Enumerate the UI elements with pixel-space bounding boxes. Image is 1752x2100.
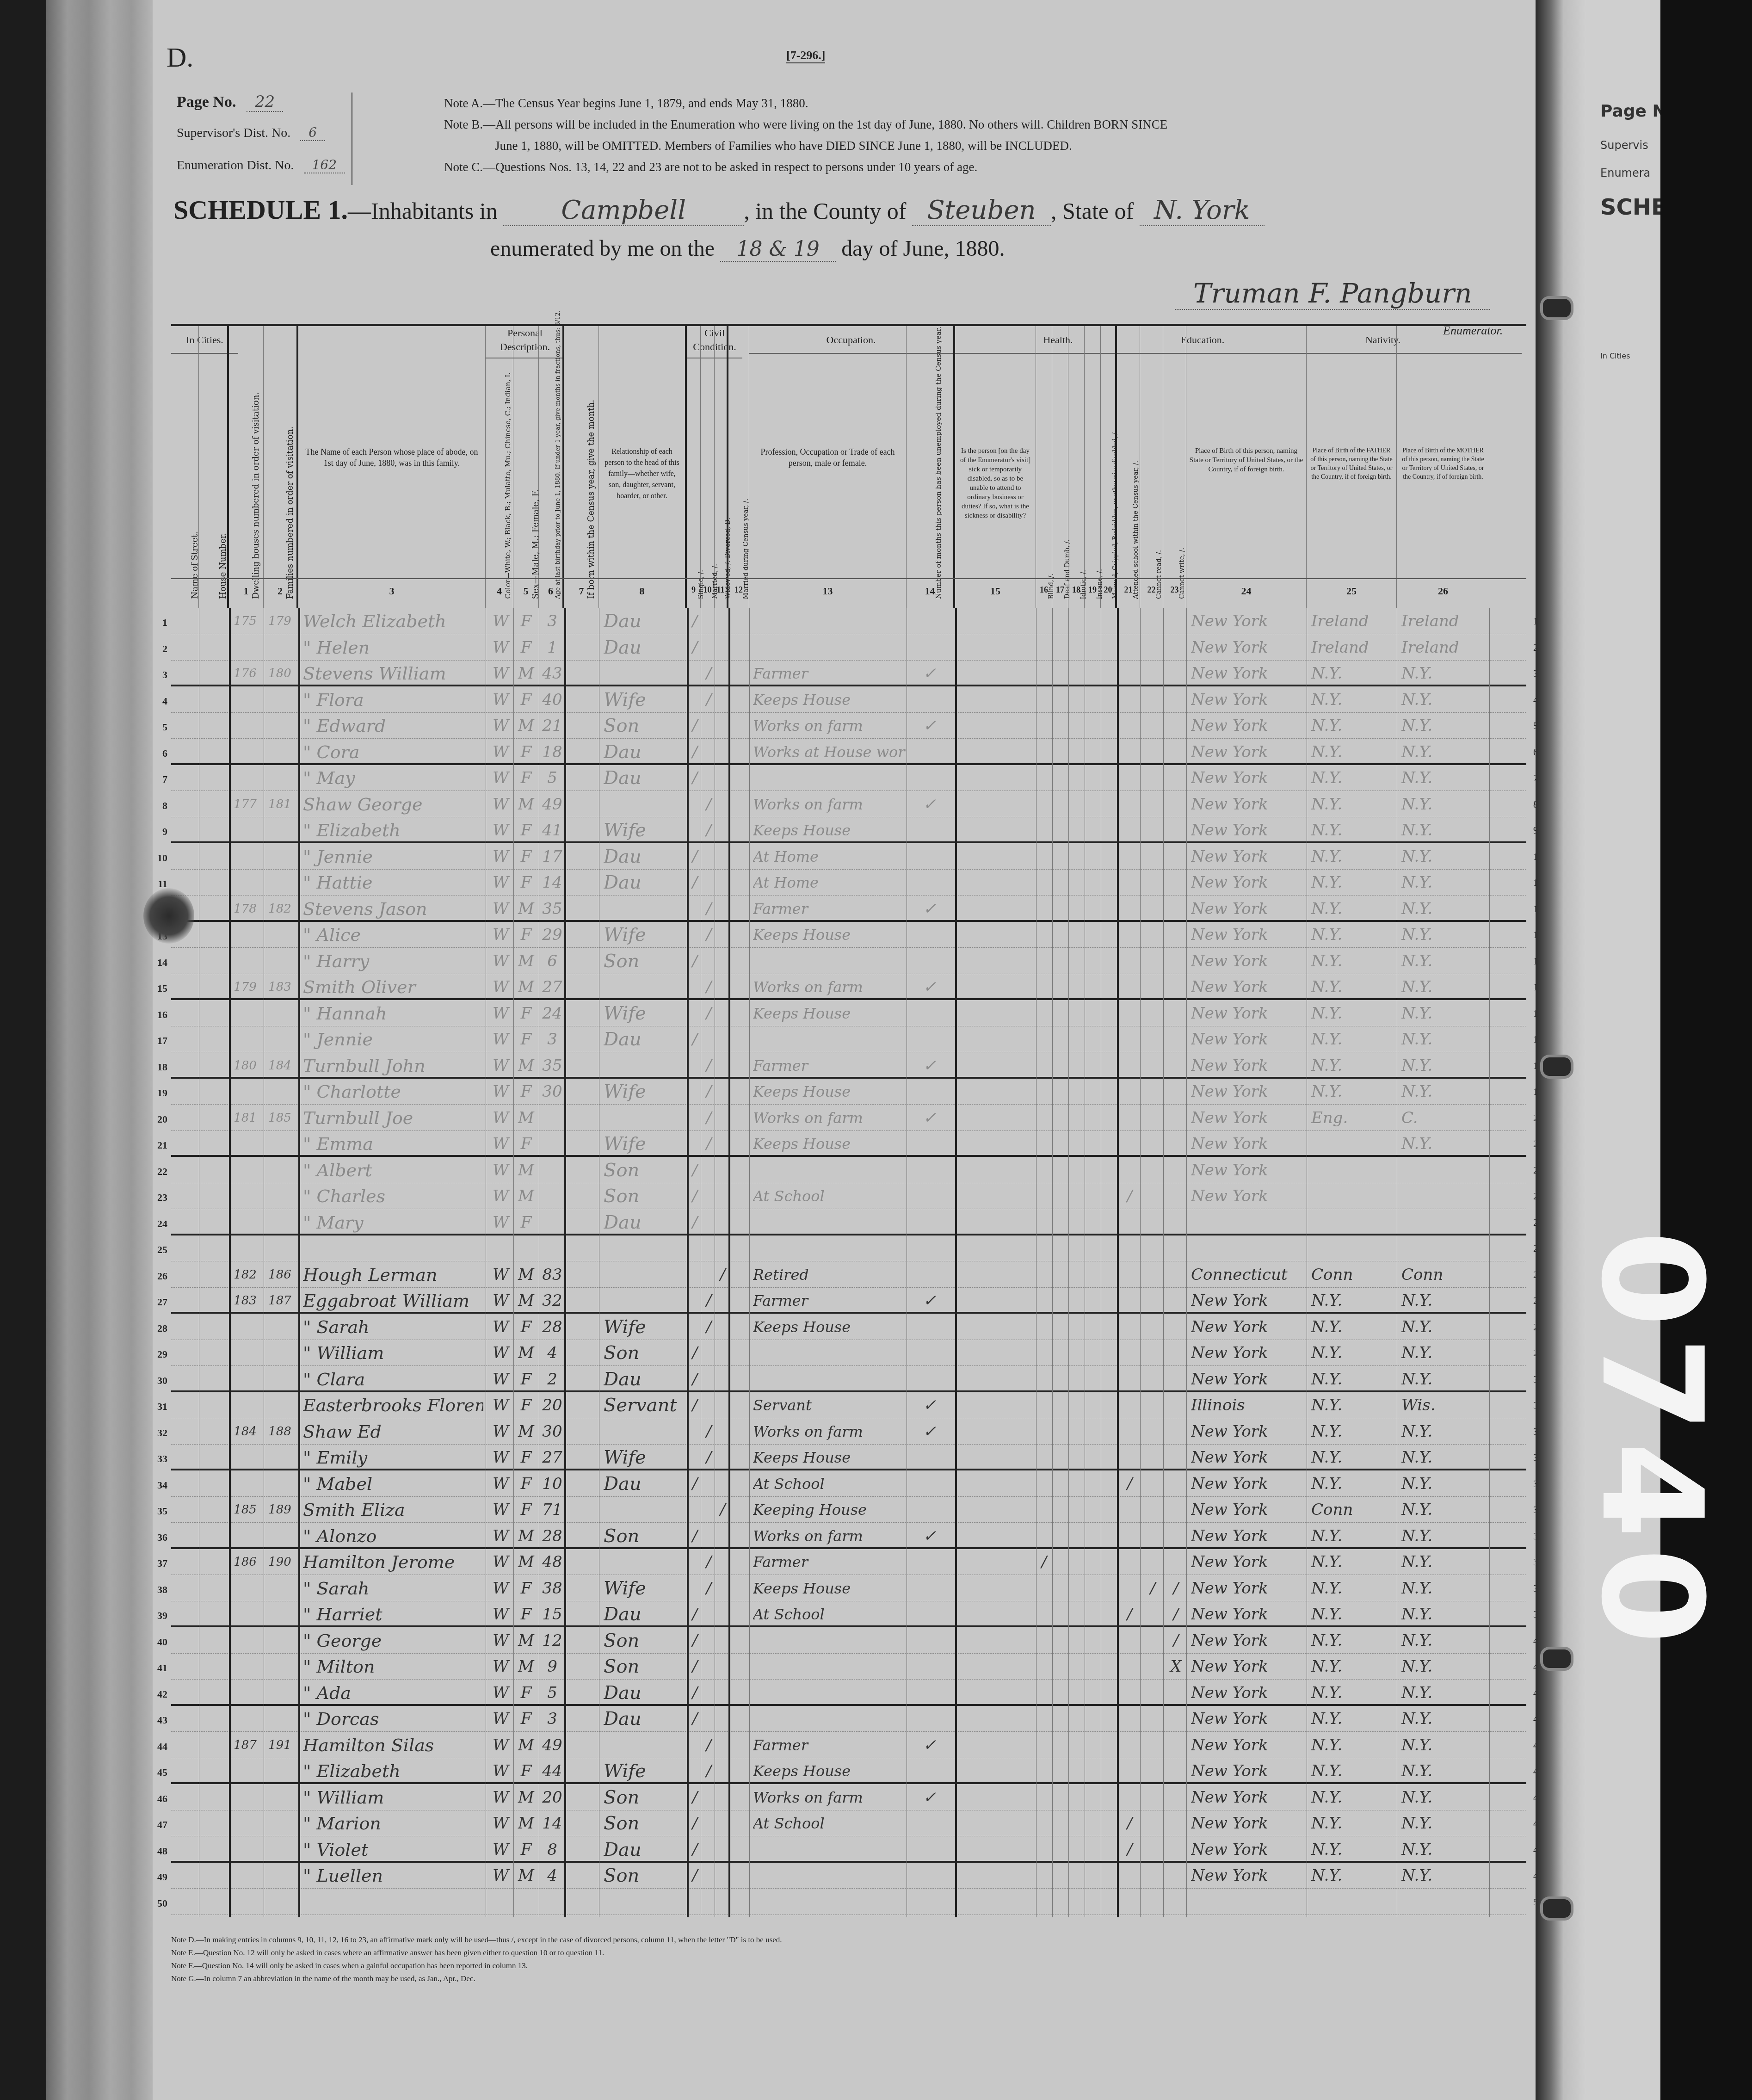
occupation <box>753 1837 906 1863</box>
widowed-mark <box>717 1810 728 1836</box>
col-sex: Sex—Male, M.; Female, F.5 <box>513 326 539 608</box>
write-mark <box>1168 1497 1184 1523</box>
page-number-label: Page No. <box>177 93 236 111</box>
father-birthplace: N.Y. <box>1311 1575 1394 1601</box>
occupation: At Home <box>753 870 906 896</box>
col-occupation-num: 13 <box>749 585 906 597</box>
unemployed-mark <box>916 1706 944 1732</box>
family-number <box>266 1001 294 1026</box>
widowed-mark <box>717 1053 728 1079</box>
person-name: " George <box>303 1628 483 1654</box>
read-mark <box>1145 1183 1161 1209</box>
birthplace: New York <box>1191 661 1304 686</box>
sick-mark <box>1038 1053 1050 1079</box>
father-birthplace: N.Y. <box>1311 1026 1394 1052</box>
col-cannot-read: Cannot read, /.22 <box>1140 326 1163 608</box>
widowed-mark <box>717 896 728 922</box>
rule <box>486 608 486 1917</box>
family-number <box>266 1131 294 1157</box>
family-number <box>266 1471 294 1497</box>
widowed-mark <box>717 1445 728 1470</box>
birthplace: New York <box>1191 1680 1304 1706</box>
table-row: 3232184188Shaw EdWM30/Works on farm✓New … <box>171 1419 1526 1445</box>
relationship: Son <box>604 1340 682 1366</box>
single-mark <box>689 1235 701 1261</box>
col-single: Single, /.9 <box>687 326 701 608</box>
mother-birthplace: N.Y. <box>1401 1837 1487 1863</box>
single-mark: / <box>689 765 701 791</box>
mother-birthplace: N.Y. <box>1401 1628 1487 1654</box>
read-mark <box>1145 1732 1161 1758</box>
father-birthplace: N.Y. <box>1311 1706 1394 1732</box>
school-mark <box>1122 817 1138 843</box>
widowed-mark <box>717 1758 728 1784</box>
birthplace: New York <box>1191 1105 1304 1131</box>
row-number: 27 <box>149 1296 167 1308</box>
sex: M <box>516 1053 537 1079</box>
sick-mark <box>1038 1314 1050 1340</box>
age: 5 <box>541 1680 563 1706</box>
relationship <box>604 1288 682 1314</box>
family-number: 186 <box>266 1262 294 1288</box>
col-cannot-write-num: 23 <box>1163 585 1186 595</box>
col-color-label: Color—White, W.; Black, B.; Mulatto, Mu.… <box>504 372 512 599</box>
unemployed-mark: ✓ <box>916 791 944 817</box>
rule <box>599 608 599 1917</box>
single-mark <box>689 1419 701 1445</box>
note-b-line1: Note B.—All persons will be included in … <box>444 114 1508 135</box>
relationship <box>604 1732 682 1758</box>
rule <box>728 608 730 1917</box>
sick-mark <box>1038 1262 1050 1288</box>
read-mark <box>1145 1628 1161 1654</box>
color: W <box>490 1001 511 1026</box>
dwelling-number <box>231 713 259 739</box>
table-row: 1111" HattieWF14Dau/At HomeNew YorkN.Y.N… <box>171 870 1526 896</box>
write-mark <box>1168 1366 1184 1392</box>
row-number: 20 <box>149 1113 167 1125</box>
person-name: " Charles <box>303 1183 483 1209</box>
color: W <box>490 1654 511 1680</box>
sick-mark <box>1038 1497 1050 1523</box>
read-mark <box>1145 1785 1161 1810</box>
sick-mark <box>1038 1471 1050 1497</box>
single-mark <box>689 1549 701 1575</box>
single-mark <box>689 1288 701 1314</box>
sex: F <box>516 1314 537 1340</box>
dwelling-number <box>231 1157 259 1183</box>
col-age: Age at last birthday prior to June 1, 18… <box>539 326 564 608</box>
school-mark <box>1122 739 1138 765</box>
mother-birthplace: N.Y. <box>1401 922 1487 948</box>
table-row: 1414" HarryWM6Son/New YorkN.Y.N.Y. <box>171 948 1526 974</box>
married-mark: / <box>703 1131 715 1157</box>
table-row: 2525 <box>171 1235 1526 1261</box>
married-mark: / <box>703 1053 715 1079</box>
married-mark <box>703 1810 715 1836</box>
unemployed-mark: ✓ <box>916 974 944 1000</box>
age: 35 <box>541 896 563 922</box>
father-birthplace: N.Y. <box>1311 896 1394 922</box>
col-idiotic-num: 18 <box>1068 585 1084 595</box>
mother-birthplace <box>1401 1157 1487 1183</box>
single-mark <box>689 1001 701 1026</box>
mother-birthplace: N.Y. <box>1401 1053 1487 1079</box>
father-birthplace: N.Y. <box>1311 922 1394 948</box>
rule <box>1186 608 1187 1917</box>
occupation: Keeps House <box>753 1575 906 1601</box>
unemployed-mark <box>916 922 944 948</box>
color: W <box>490 1419 511 1445</box>
relationship <box>604 1053 682 1079</box>
unemployed-mark: ✓ <box>916 1419 944 1445</box>
row-number: 3 <box>149 669 167 681</box>
read-mark <box>1145 1001 1161 1026</box>
father-birthplace: N.Y. <box>1311 739 1394 765</box>
table-row: 4040" GeorgeWM12Son//New YorkN.Y.N.Y. <box>171 1628 1526 1654</box>
schedule-text-1: —Inhabitants in <box>348 198 498 224</box>
dwelling-number: 180 <box>231 1053 259 1079</box>
family-number <box>266 1654 294 1680</box>
schedule-title-line: SCHEDULE 1.—Inhabitants in Campbell, in … <box>173 194 1265 226</box>
person-name: " Harry <box>303 948 483 974</box>
birthplace: New York <box>1191 1471 1304 1497</box>
single-mark: / <box>689 1366 701 1392</box>
family-number <box>266 1680 294 1706</box>
color: W <box>490 844 511 870</box>
mother-birthplace: N.Y. <box>1401 1026 1487 1052</box>
color: W <box>490 1445 511 1470</box>
age: 10 <box>541 1471 563 1497</box>
col-name-label: The Name of each Person whose place of a… <box>301 446 482 469</box>
write-mark <box>1168 791 1184 817</box>
person-name: " Emily <box>303 1445 483 1470</box>
color <box>490 1889 511 1915</box>
person-name: " Ada <box>303 1680 483 1706</box>
married-mark <box>703 1340 715 1366</box>
table-row: 99" ElizabethWF41Wife/Keeps HouseNew Yor… <box>171 817 1526 843</box>
dwelling-number: 184 <box>231 1419 259 1445</box>
single-mark: / <box>689 608 701 634</box>
person-name: Hough Lerman <box>303 1262 483 1288</box>
mother-birthplace: N.Y. <box>1401 1863 1487 1889</box>
occupation <box>753 1863 906 1889</box>
read-mark <box>1145 1654 1161 1680</box>
occupation <box>753 1366 906 1392</box>
unemployed-mark <box>916 1366 944 1392</box>
unemployed-mark <box>916 1210 944 1235</box>
read-mark <box>1145 1810 1161 1836</box>
color: W <box>490 974 511 1000</box>
row-number: 9 <box>149 826 167 838</box>
dwelling-number <box>231 1001 259 1026</box>
father-birthplace: N.Y. <box>1311 844 1394 870</box>
read-mark <box>1145 1549 1161 1575</box>
read-mark <box>1145 1262 1161 1288</box>
occupation <box>753 1026 906 1052</box>
father-birthplace: N.Y. <box>1311 1785 1394 1810</box>
family-number <box>266 1785 294 1810</box>
relationship: Dau <box>604 1471 682 1497</box>
color: W <box>490 608 511 634</box>
col-idiotic: Idiotic, /.18 <box>1068 326 1085 608</box>
mother-birthplace: N.Y. <box>1401 791 1487 817</box>
sick-mark <box>1038 1001 1050 1026</box>
sick-mark <box>1038 1889 1050 1915</box>
col-mother-birthplace-num: 26 <box>1397 585 1489 597</box>
row-number: 45 <box>149 1766 167 1779</box>
unemployed-mark <box>916 1471 944 1497</box>
occupation: Keeps House <box>753 1079 906 1105</box>
table-row: 4242" AdaWF5Dau/New YorkN.Y.N.Y. <box>171 1680 1526 1706</box>
col-street-label: Name of Street. <box>190 531 199 599</box>
family-number <box>266 635 294 661</box>
read-mark <box>1145 1105 1161 1131</box>
occupation: Works on farm <box>753 713 906 739</box>
married-mark: / <box>703 1445 715 1470</box>
col-insane-num: 19 <box>1085 585 1100 595</box>
married-mark <box>703 948 715 974</box>
family-number: 188 <box>266 1419 294 1445</box>
father-birthplace: N.Y. <box>1311 1419 1394 1445</box>
row-number: 8 <box>149 800 167 812</box>
occupation: Farmer <box>753 1288 906 1314</box>
married-mark <box>703 1497 715 1523</box>
family-number <box>266 1026 294 1052</box>
unemployed-mark <box>916 1654 944 1680</box>
father-birthplace <box>1311 1889 1394 1915</box>
relationship <box>604 1497 682 1523</box>
mother-birthplace: Wis. <box>1401 1392 1487 1418</box>
unemployed-mark <box>916 1001 944 1026</box>
write-mark <box>1168 1680 1184 1706</box>
school-mark <box>1122 1628 1138 1654</box>
mother-birthplace: Conn <box>1401 1262 1487 1288</box>
person-name: " Cora <box>303 739 483 765</box>
school-mark <box>1122 1419 1138 1445</box>
person-name: " Milton <box>303 1654 483 1680</box>
school-mark <box>1122 1758 1138 1784</box>
relationship: Son <box>604 948 682 974</box>
father-birthplace: N.Y. <box>1311 791 1394 817</box>
write-mark <box>1168 1262 1184 1288</box>
table-row: 3939" HarrietWF15Dau/At School//New York… <box>171 1601 1526 1627</box>
sick-mark <box>1038 1419 1050 1445</box>
mother-birthplace: Ireland <box>1401 635 1487 661</box>
dwelling-number <box>231 635 259 661</box>
row-number: 10 <box>149 852 167 864</box>
rule <box>907 608 907 1917</box>
single-mark <box>689 687 701 713</box>
father-birthplace: N.Y. <box>1311 1837 1394 1863</box>
write-mark <box>1168 1079 1184 1105</box>
sick-mark <box>1038 1288 1050 1314</box>
age: 3 <box>541 1706 563 1732</box>
birthplace: New York <box>1191 635 1304 661</box>
row-number: 41 <box>149 1662 167 1674</box>
school-mark <box>1122 1785 1138 1810</box>
sex: M <box>516 1105 537 1131</box>
sex: M <box>516 791 537 817</box>
table-row: 3131Easterbrooks FlorenceWF20Servant/Ser… <box>171 1392 1526 1418</box>
married-mark <box>703 713 715 739</box>
occupation <box>753 608 906 634</box>
dwelling-number <box>231 844 259 870</box>
table-row: 3838" SarahWF38Wife/Keeps House//New Yor… <box>171 1575 1526 1601</box>
single-mark: / <box>689 1628 701 1654</box>
widowed-mark <box>717 1001 728 1026</box>
mother-birthplace: N.Y. <box>1401 765 1487 791</box>
single-mark: / <box>689 1601 701 1627</box>
adjacent-in-cities: In Cities <box>1600 352 1630 360</box>
dwelling-number <box>231 1314 259 1340</box>
dwelling-number <box>231 1680 259 1706</box>
enumeration-district-value: 162 <box>304 157 345 173</box>
dwelling-number <box>231 1445 259 1470</box>
mother-birthplace <box>1401 1210 1487 1235</box>
dwelling-number <box>231 922 259 948</box>
col-married-census-year-num: 12 <box>728 585 749 595</box>
row-number: 42 <box>149 1688 167 1700</box>
single-mark <box>689 1889 701 1915</box>
married-mark: / <box>703 817 715 843</box>
school-mark <box>1122 1314 1138 1340</box>
col-age-num: 6 <box>539 585 562 597</box>
married-mark: / <box>703 1732 715 1758</box>
unemployed-mark <box>916 635 944 661</box>
row-number: 23 <box>149 1192 167 1204</box>
sex: F <box>516 1837 537 1863</box>
col-relationship-label: Relationship of each person to the head … <box>602 446 682 502</box>
color: W <box>490 1628 511 1654</box>
row-number: 21 <box>149 1139 167 1151</box>
row-number: 16 <box>149 1009 167 1021</box>
married-mark: / <box>703 922 715 948</box>
single-mark <box>689 1497 701 1523</box>
sex: M <box>516 948 537 974</box>
sex: F <box>516 1575 537 1601</box>
unemployed-mark <box>916 1235 944 1261</box>
dwelling-number: 178 <box>231 896 259 922</box>
write-mark <box>1168 1183 1184 1209</box>
form-number: [7-296.] <box>786 49 825 63</box>
father-birthplace: N.Y. <box>1311 1758 1394 1784</box>
col-cannot-write: Cannot write, /.23 <box>1163 326 1186 608</box>
father-birthplace: N.Y. <box>1311 1288 1394 1314</box>
person-name: " Alonzo <box>303 1523 483 1549</box>
unemployed-mark <box>916 1340 944 1366</box>
mother-birthplace: N.Y. <box>1401 817 1487 843</box>
single-mark: / <box>689 1654 701 1680</box>
age: 71 <box>541 1497 563 1523</box>
relationship: Dau <box>604 1680 682 1706</box>
occupation: Keeps House <box>753 1001 906 1026</box>
col-deaf-dumb-num: 17 <box>1052 585 1068 595</box>
widowed-mark <box>717 1549 728 1575</box>
married-mark: / <box>703 1758 715 1784</box>
col-unemployed-label: Number of months this person has been un… <box>934 327 943 599</box>
birthplace: New York <box>1191 739 1304 765</box>
relationship <box>604 1262 682 1288</box>
birthplace: New York <box>1191 1654 1304 1680</box>
page-stack-edge <box>46 0 153 2100</box>
frame-number-stamp: 0740 <box>1582 1230 1721 1711</box>
school-mark <box>1122 1079 1138 1105</box>
relationship: Servant <box>604 1392 682 1418</box>
table-row: 4141" MiltonWM9Son/XNew YorkN.Y.N.Y. <box>171 1654 1526 1680</box>
sex: F <box>516 1497 537 1523</box>
single-mark <box>689 922 701 948</box>
age: 29 <box>541 922 563 948</box>
sick-mark <box>1038 608 1050 634</box>
col-name-num: 3 <box>298 585 485 597</box>
birthplace: New York <box>1191 922 1304 948</box>
age: 28 <box>541 1314 563 1340</box>
person-name: " William <box>303 1340 483 1366</box>
color: W <box>490 1706 511 1732</box>
rule <box>1085 608 1085 1917</box>
married-mark <box>703 1601 715 1627</box>
dwelling-number <box>231 1523 259 1549</box>
sex: F <box>516 1026 537 1052</box>
dwelling-number <box>231 1810 259 1836</box>
age: 12 <box>541 1628 563 1654</box>
father-birthplace: N.Y. <box>1311 870 1394 896</box>
person-name: Stevens Jason <box>303 896 483 922</box>
age <box>541 1105 563 1131</box>
school-mark <box>1122 1392 1138 1418</box>
age: 20 <box>541 1785 563 1810</box>
school-mark <box>1122 1210 1138 1235</box>
read-mark <box>1145 1523 1161 1549</box>
write-mark <box>1168 635 1184 661</box>
color: W <box>490 687 511 713</box>
single-mark: / <box>689 1210 701 1235</box>
person-name: Shaw Ed <box>303 1419 483 1445</box>
col-birth-month: If born within the Census year, give the… <box>564 326 599 608</box>
unemployed-mark: ✓ <box>916 713 944 739</box>
col-family-num: 2 <box>264 585 296 597</box>
father-birthplace: N.Y. <box>1311 1079 1394 1105</box>
schedule-text-2: , in the County of <box>744 198 906 224</box>
mother-birthplace: N.Y. <box>1401 1810 1487 1836</box>
unemployed-mark: ✓ <box>916 896 944 922</box>
mother-birthplace: N.Y. <box>1401 1314 1487 1340</box>
married-mark <box>703 870 715 896</box>
page-meta-box: Page No. 22 Supervisor's Dist. No. 6 Enu… <box>171 93 352 185</box>
occupation: At School <box>753 1183 906 1209</box>
widowed-mark <box>717 713 728 739</box>
widowed-mark <box>717 1157 728 1183</box>
row-number: 28 <box>149 1322 167 1334</box>
col-widowed-num: 11 <box>715 585 727 595</box>
family-number <box>266 1575 294 1601</box>
married-mark <box>703 1392 715 1418</box>
write-mark <box>1168 1157 1184 1183</box>
occupation: At Home <box>753 844 906 870</box>
family-number <box>266 687 294 713</box>
row-number: 2 <box>149 643 167 655</box>
table-row: 2121" EmmaWFWife/Keeps HouseNew YorkN.Y. <box>171 1131 1526 1157</box>
married-mark <box>703 635 715 661</box>
sex: F <box>516 1445 537 1470</box>
age: 14 <box>541 1810 563 1836</box>
person-name: Hamilton Silas <box>303 1732 483 1758</box>
table-row: 1616" HannahWF24Wife/Keeps HouseNew York… <box>171 1001 1526 1026</box>
read-mark <box>1145 844 1161 870</box>
school-mark: / <box>1122 1601 1138 1627</box>
dwelling-number <box>231 687 259 713</box>
